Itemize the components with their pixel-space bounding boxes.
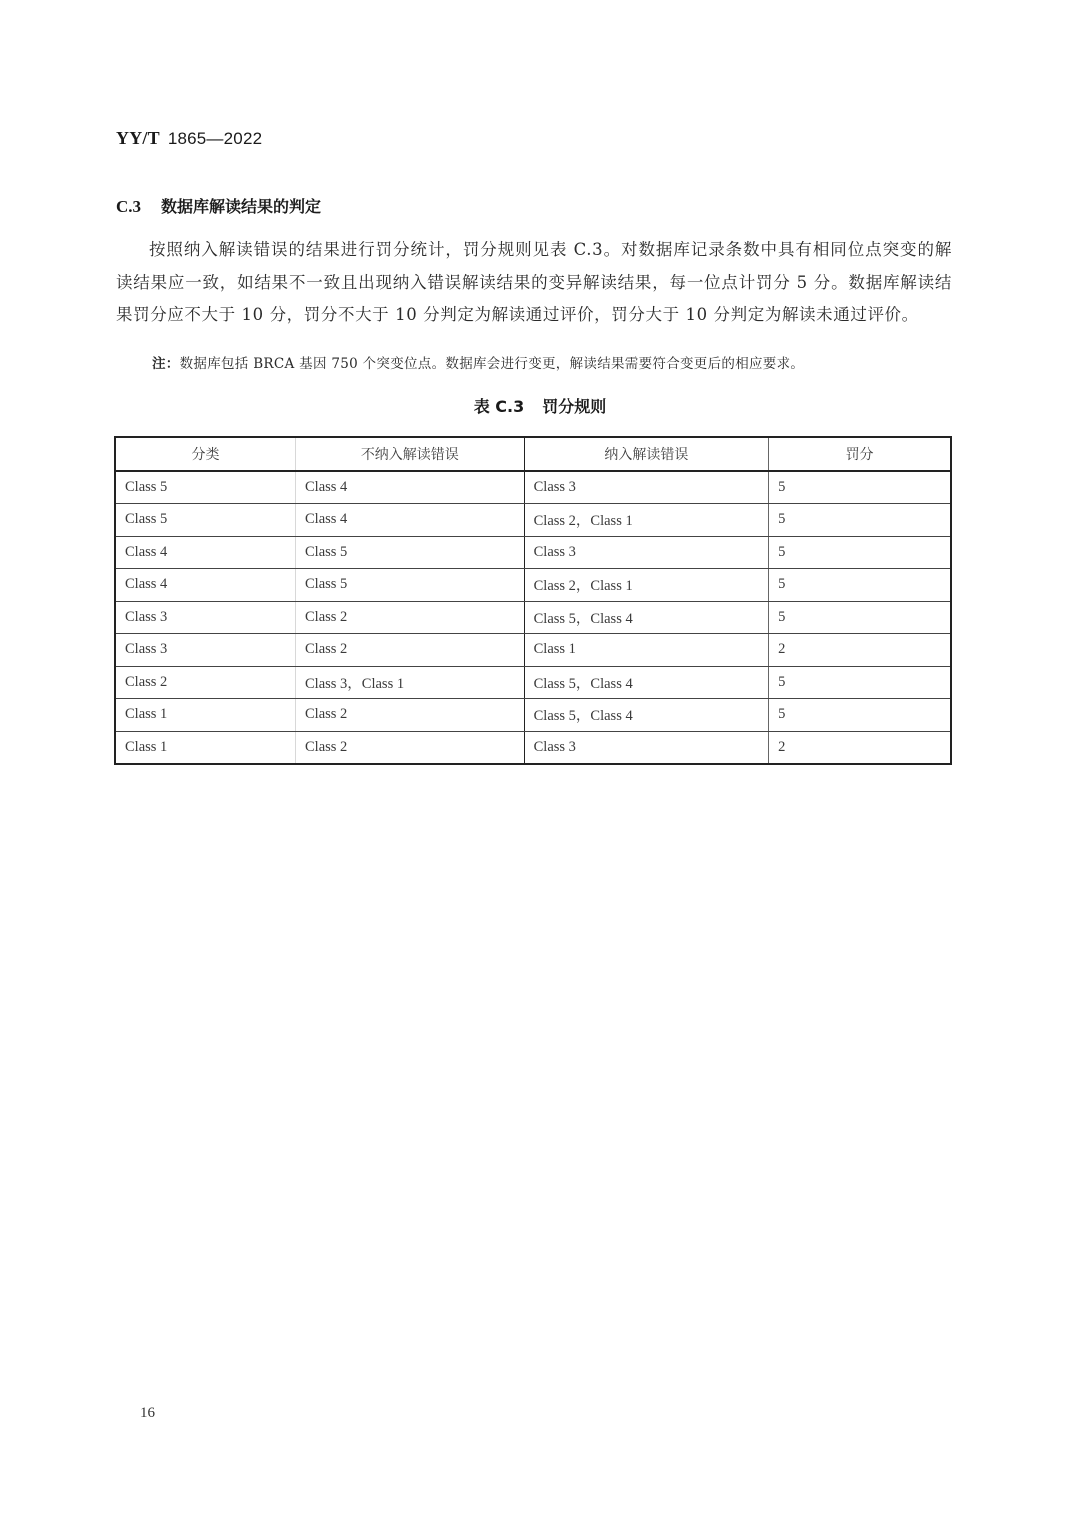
column-header-included-errors: 纳入解读错误 [524, 437, 769, 471]
cell-excluded: Class 2 [296, 731, 525, 764]
section-heading: C.3数据库解读结果的判定 [116, 194, 321, 217]
table-row: Class 3 Class 2 Class 5，Class 4 5 [115, 601, 951, 634]
cell-included: Class 5，Class 4 [524, 601, 769, 634]
table-row: Class 5 Class 4 Class 2，Class 1 5 [115, 504, 951, 537]
cell-included: Class 2，Class 1 [524, 569, 769, 602]
note-label: 注： [152, 356, 180, 372]
standard-prefix: YY/T [116, 128, 160, 148]
cell-category: Class 5 [115, 471, 296, 504]
page-number: 16 [140, 1405, 155, 1422]
note: 注：数据库包括 BRCA 基因 750 个突变位点。数据库会进行变更，解读结果需… [152, 352, 804, 372]
table-row: Class 4 Class 5 Class 3 5 [115, 536, 951, 569]
cell-included: Class 3 [524, 731, 769, 764]
table-caption-title: 罚分规则 [542, 397, 606, 416]
cell-category: Class 1 [115, 731, 296, 764]
cell-penalty: 5 [769, 471, 951, 504]
cell-excluded: Class 2 [296, 699, 525, 732]
column-header-penalty: 罚分 [769, 437, 951, 471]
cell-included: Class 5，Class 4 [524, 666, 769, 699]
cell-excluded: Class 5 [296, 536, 525, 569]
cell-penalty: 5 [769, 504, 951, 537]
cell-included: Class 5，Class 4 [524, 699, 769, 732]
cell-excluded: Class 4 [296, 504, 525, 537]
cell-included: Class 3 [524, 536, 769, 569]
table-row: Class 4 Class 5 Class 2，Class 1 5 [115, 569, 951, 602]
cell-penalty: 5 [769, 601, 951, 634]
section-paragraph: 按照纳入解读错误的结果进行罚分统计，罚分规则见表 C.3。对数据库记录条数中具有… [116, 234, 952, 332]
cell-excluded: Class 5 [296, 569, 525, 602]
section-title: 数据库解读结果的判定 [161, 197, 321, 216]
table-row: Class 5 Class 4 Class 3 5 [115, 471, 951, 504]
cell-category: Class 3 [115, 634, 296, 667]
cell-included: Class 1 [524, 634, 769, 667]
cell-penalty: 2 [769, 731, 951, 764]
cell-penalty: 5 [769, 569, 951, 602]
table-header-row: 分类 不纳入解读错误 纳入解读错误 罚分 [115, 437, 951, 471]
column-header-category: 分类 [115, 437, 296, 471]
cell-excluded: Class 2 [296, 634, 525, 667]
cell-category: Class 2 [115, 666, 296, 699]
column-header-excluded-errors: 不纳入解读错误 [296, 437, 525, 471]
cell-category: Class 5 [115, 504, 296, 537]
cell-penalty: 5 [769, 699, 951, 732]
note-text: 数据库包括 BRCA 基因 750 个突变位点。数据库会进行变更，解读结果需要符… [180, 356, 805, 372]
table-caption: 表 C.3罚分规则 [0, 394, 1080, 417]
table-row: Class 1 Class 2 Class 5，Class 4 5 [115, 699, 951, 732]
standard-code: YY/T1865—2022 [116, 128, 262, 149]
cell-category: Class 4 [115, 569, 296, 602]
cell-category: Class 4 [115, 536, 296, 569]
table-row: Class 2 Class 3，Class 1 Class 5，Class 4 … [115, 666, 951, 699]
penalty-rules-table: 分类 不纳入解读错误 纳入解读错误 罚分 Class 5 Class 4 Cla… [114, 436, 952, 765]
cell-excluded: Class 3，Class 1 [296, 666, 525, 699]
cell-excluded: Class 2 [296, 601, 525, 634]
cell-penalty: 2 [769, 634, 951, 667]
cell-penalty: 5 [769, 536, 951, 569]
cell-included: Class 3 [524, 471, 769, 504]
cell-category: Class 1 [115, 699, 296, 732]
table-row: Class 3 Class 2 Class 1 2 [115, 634, 951, 667]
cell-included: Class 2，Class 1 [524, 504, 769, 537]
cell-category: Class 3 [115, 601, 296, 634]
section-number: C.3 [116, 197, 141, 216]
cell-penalty: 5 [769, 666, 951, 699]
table-row: Class 1 Class 2 Class 3 2 [115, 731, 951, 764]
standard-number: 1865—2022 [168, 129, 262, 148]
table-caption-number: 表 C.3 [474, 397, 525, 416]
cell-excluded: Class 4 [296, 471, 525, 504]
